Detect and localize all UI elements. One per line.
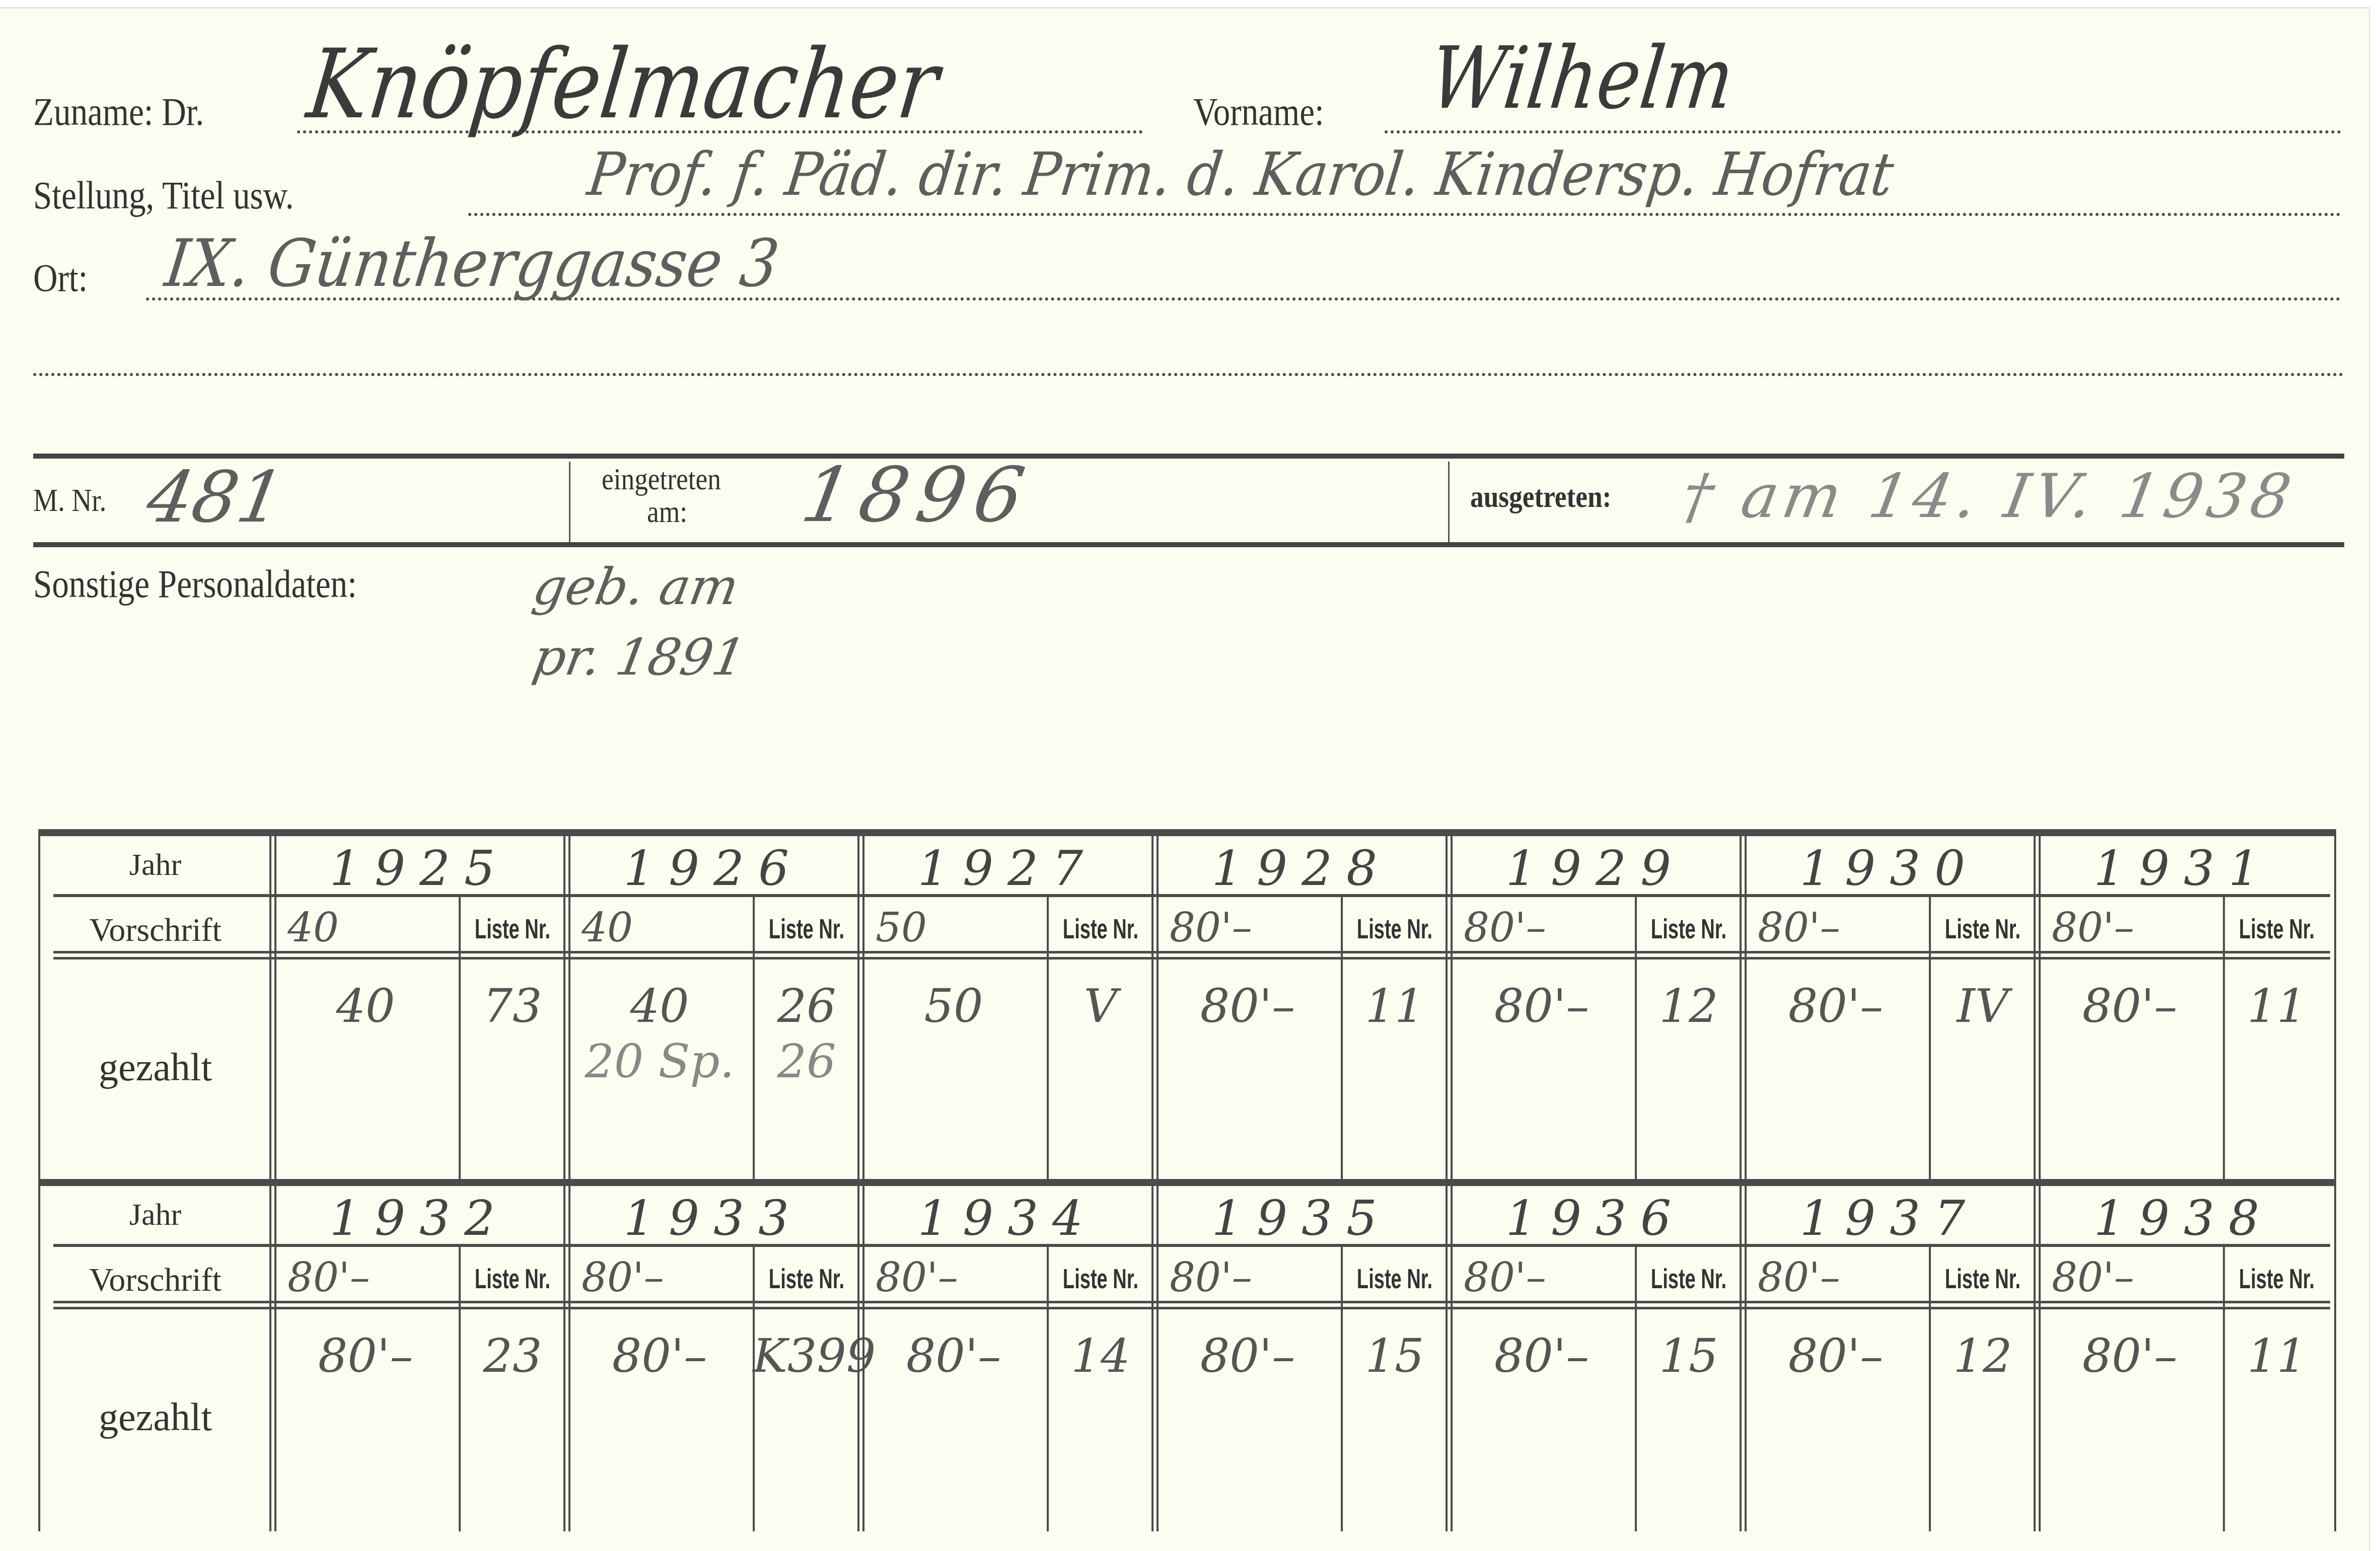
table-top-rule [38,1179,2336,1186]
label-column-divider [269,836,276,1181]
list-number-header: Liste Nr. [1054,1262,1147,1295]
list-number-header: Liste Nr. [1936,912,2030,945]
member-number-value: 481 [141,457,290,539]
list-number-extra-value: 26 [753,1035,860,1088]
year-value: 1936 [1449,1190,1743,1246]
year-value: 1938 [2037,1190,2331,1246]
position-label: Stellung, Titel usw. [33,173,294,218]
required-row-rule-b [53,1307,2330,1309]
list-number-header: Liste Nr. [466,912,559,945]
firstname-value: Wilhelm [1425,29,1739,128]
list-number-header: Liste Nr. [760,1262,853,1295]
paid-value: 80'– [1743,1329,1929,1383]
year-value: 1930 [1743,840,2037,897]
table-left-border [38,1186,40,1531]
year-label: Jahr [38,1197,272,1233]
year-value: 1929 [1449,840,1743,897]
required-value: 80'– [2042,1254,2228,1301]
position-value: Prof. f. Päd. dir. Prim. d. Karol. Kinde… [584,139,1897,209]
list-number-value: 23 [459,1329,566,1383]
required-value: 80'– [1454,904,1640,951]
list-number-value: K399 [753,1329,860,1383]
list-number-header: Liste Nr. [2230,912,2324,945]
required-value: 80'– [1160,904,1346,951]
year-label: Jahr [38,847,272,883]
list-number-value: V [1047,979,1155,1033]
membership-index-card: Zuname: Dr. Knöpfelmacher Vorname: Wilhe… [0,7,2370,1551]
required-value: 80'– [277,1254,464,1301]
list-number-value: 15 [1635,1329,1743,1383]
required-value: 80'– [2042,904,2228,951]
joined-label-line1: eingetreten [602,462,721,497]
paid-value: 40 [272,979,459,1033]
list-number-value: 12 [1929,1329,2037,1383]
payments-table-1925-1931: JahrVorschriftgezahlt192540Liste Nr.4073… [38,829,2336,1181]
list-number-value: 73 [459,979,566,1033]
membership-divider-1 [569,462,570,542]
membership-top-rule [33,454,2344,459]
required-row-rule-a [53,1301,2330,1303]
table-left-border [38,836,40,1181]
list-number-value: 14 [1047,1329,1155,1383]
list-number-value: 11 [1341,979,1449,1033]
year-value: 1927 [860,840,1155,897]
place-value: IX. Güntherggasse 3 [161,225,783,302]
required-value: 80'– [1160,1254,1346,1301]
required-value: 80'– [866,1254,1052,1301]
required-label: Vorschrift [38,1261,272,1299]
list-number-header: Liste Nr. [1348,1262,1441,1295]
left-value: † am 14. IV. 1938 [1677,462,2301,532]
membership-divider-2 [1448,462,1450,542]
paid-value: 80'– [1743,979,1929,1033]
required-value: 80'– [571,1254,758,1301]
required-row-rule-b [53,957,2330,959]
place-label: Ort: [33,255,88,301]
list-number-value: IV [1929,979,2037,1033]
paid-label: gezahlt [38,1394,272,1440]
required-value: 80'– [1748,904,1934,951]
required-row-rule-a [53,951,2330,953]
year-value: 1937 [1743,1190,2037,1246]
firstname-label: Vorname: [1193,89,1324,134]
firstname-dotted-line [1385,130,2341,133]
left-label: ausgetreten: [1470,479,1611,515]
required-value: 50 [866,904,1052,951]
year-value: 1934 [860,1190,1155,1246]
year-value: 1925 [272,840,566,897]
extra-dotted-line [33,373,2344,376]
joined-label-line2: am: [647,494,687,530]
paid-extra-value: 20 Sp. [566,1035,753,1088]
required-value: 40 [571,904,758,951]
paid-value: 80'– [2037,1329,2223,1383]
paid-value: 50 [860,979,1047,1033]
list-number-header: Liste Nr. [1054,912,1147,945]
list-number-header: Liste Nr. [1642,1262,1736,1295]
membership-bottom-rule [33,542,2344,547]
paid-value: 80'– [860,1329,1047,1383]
paid-value: 80'– [1449,979,1635,1033]
list-number-header: Liste Nr. [1348,912,1441,945]
other-data-value-line1: geb. am [529,557,743,616]
list-number-value: 11 [2223,1329,2331,1383]
position-dotted-line [468,213,2341,216]
paid-label: gezahlt [38,1045,272,1090]
paid-value: 80'– [1449,1329,1635,1383]
list-number-value: 12 [1635,979,1743,1033]
list-number-value: 11 [2223,979,2331,1033]
year-value: 1926 [566,840,860,897]
year-value: 1928 [1155,840,1449,897]
required-value: 80'– [1454,1254,1640,1301]
year-value: 1932 [272,1190,566,1246]
table-right-border [2334,836,2336,1181]
list-number-header: Liste Nr. [1936,1262,2030,1295]
list-number-value: 26 [753,979,860,1033]
paid-value: 80'– [1155,1329,1341,1383]
required-value: 80'– [1748,1254,1934,1301]
required-label: Vorschrift [38,911,272,949]
list-number-header: Liste Nr. [1642,912,1736,945]
list-number-header: Liste Nr. [2230,1262,2324,1295]
table-right-border [2334,1186,2336,1531]
surname-label: Zuname: Dr. [33,89,204,134]
paid-value: 80'– [1155,979,1341,1033]
year-value: 1931 [2037,840,2331,897]
label-column-divider [269,1186,276,1531]
table-top-rule [38,829,2336,836]
joined-value: 1896 [796,452,1039,539]
payments-table-1932-1938: JahrVorschriftgezahlt193280'–Liste Nr.80… [38,1179,2336,1531]
list-number-header: Liste Nr. [760,912,853,945]
list-number-value: 15 [1341,1329,1449,1383]
paid-value: 80'– [2037,979,2223,1033]
member-number-label: M. Nr. [33,482,106,519]
year-value: 1935 [1155,1190,1449,1246]
paid-value: 40 [566,979,753,1033]
other-data-label: Sonstige Personaldaten: [33,561,357,607]
year-value: 1933 [566,1190,860,1246]
paid-value: 80'– [566,1329,753,1383]
surname-value: Knöpfelmacher [302,29,944,140]
required-value: 40 [277,904,464,951]
other-data-value-line2: pr. 1891 [529,628,750,687]
paid-value: 80'– [272,1329,459,1383]
list-number-header: Liste Nr. [466,1262,559,1295]
